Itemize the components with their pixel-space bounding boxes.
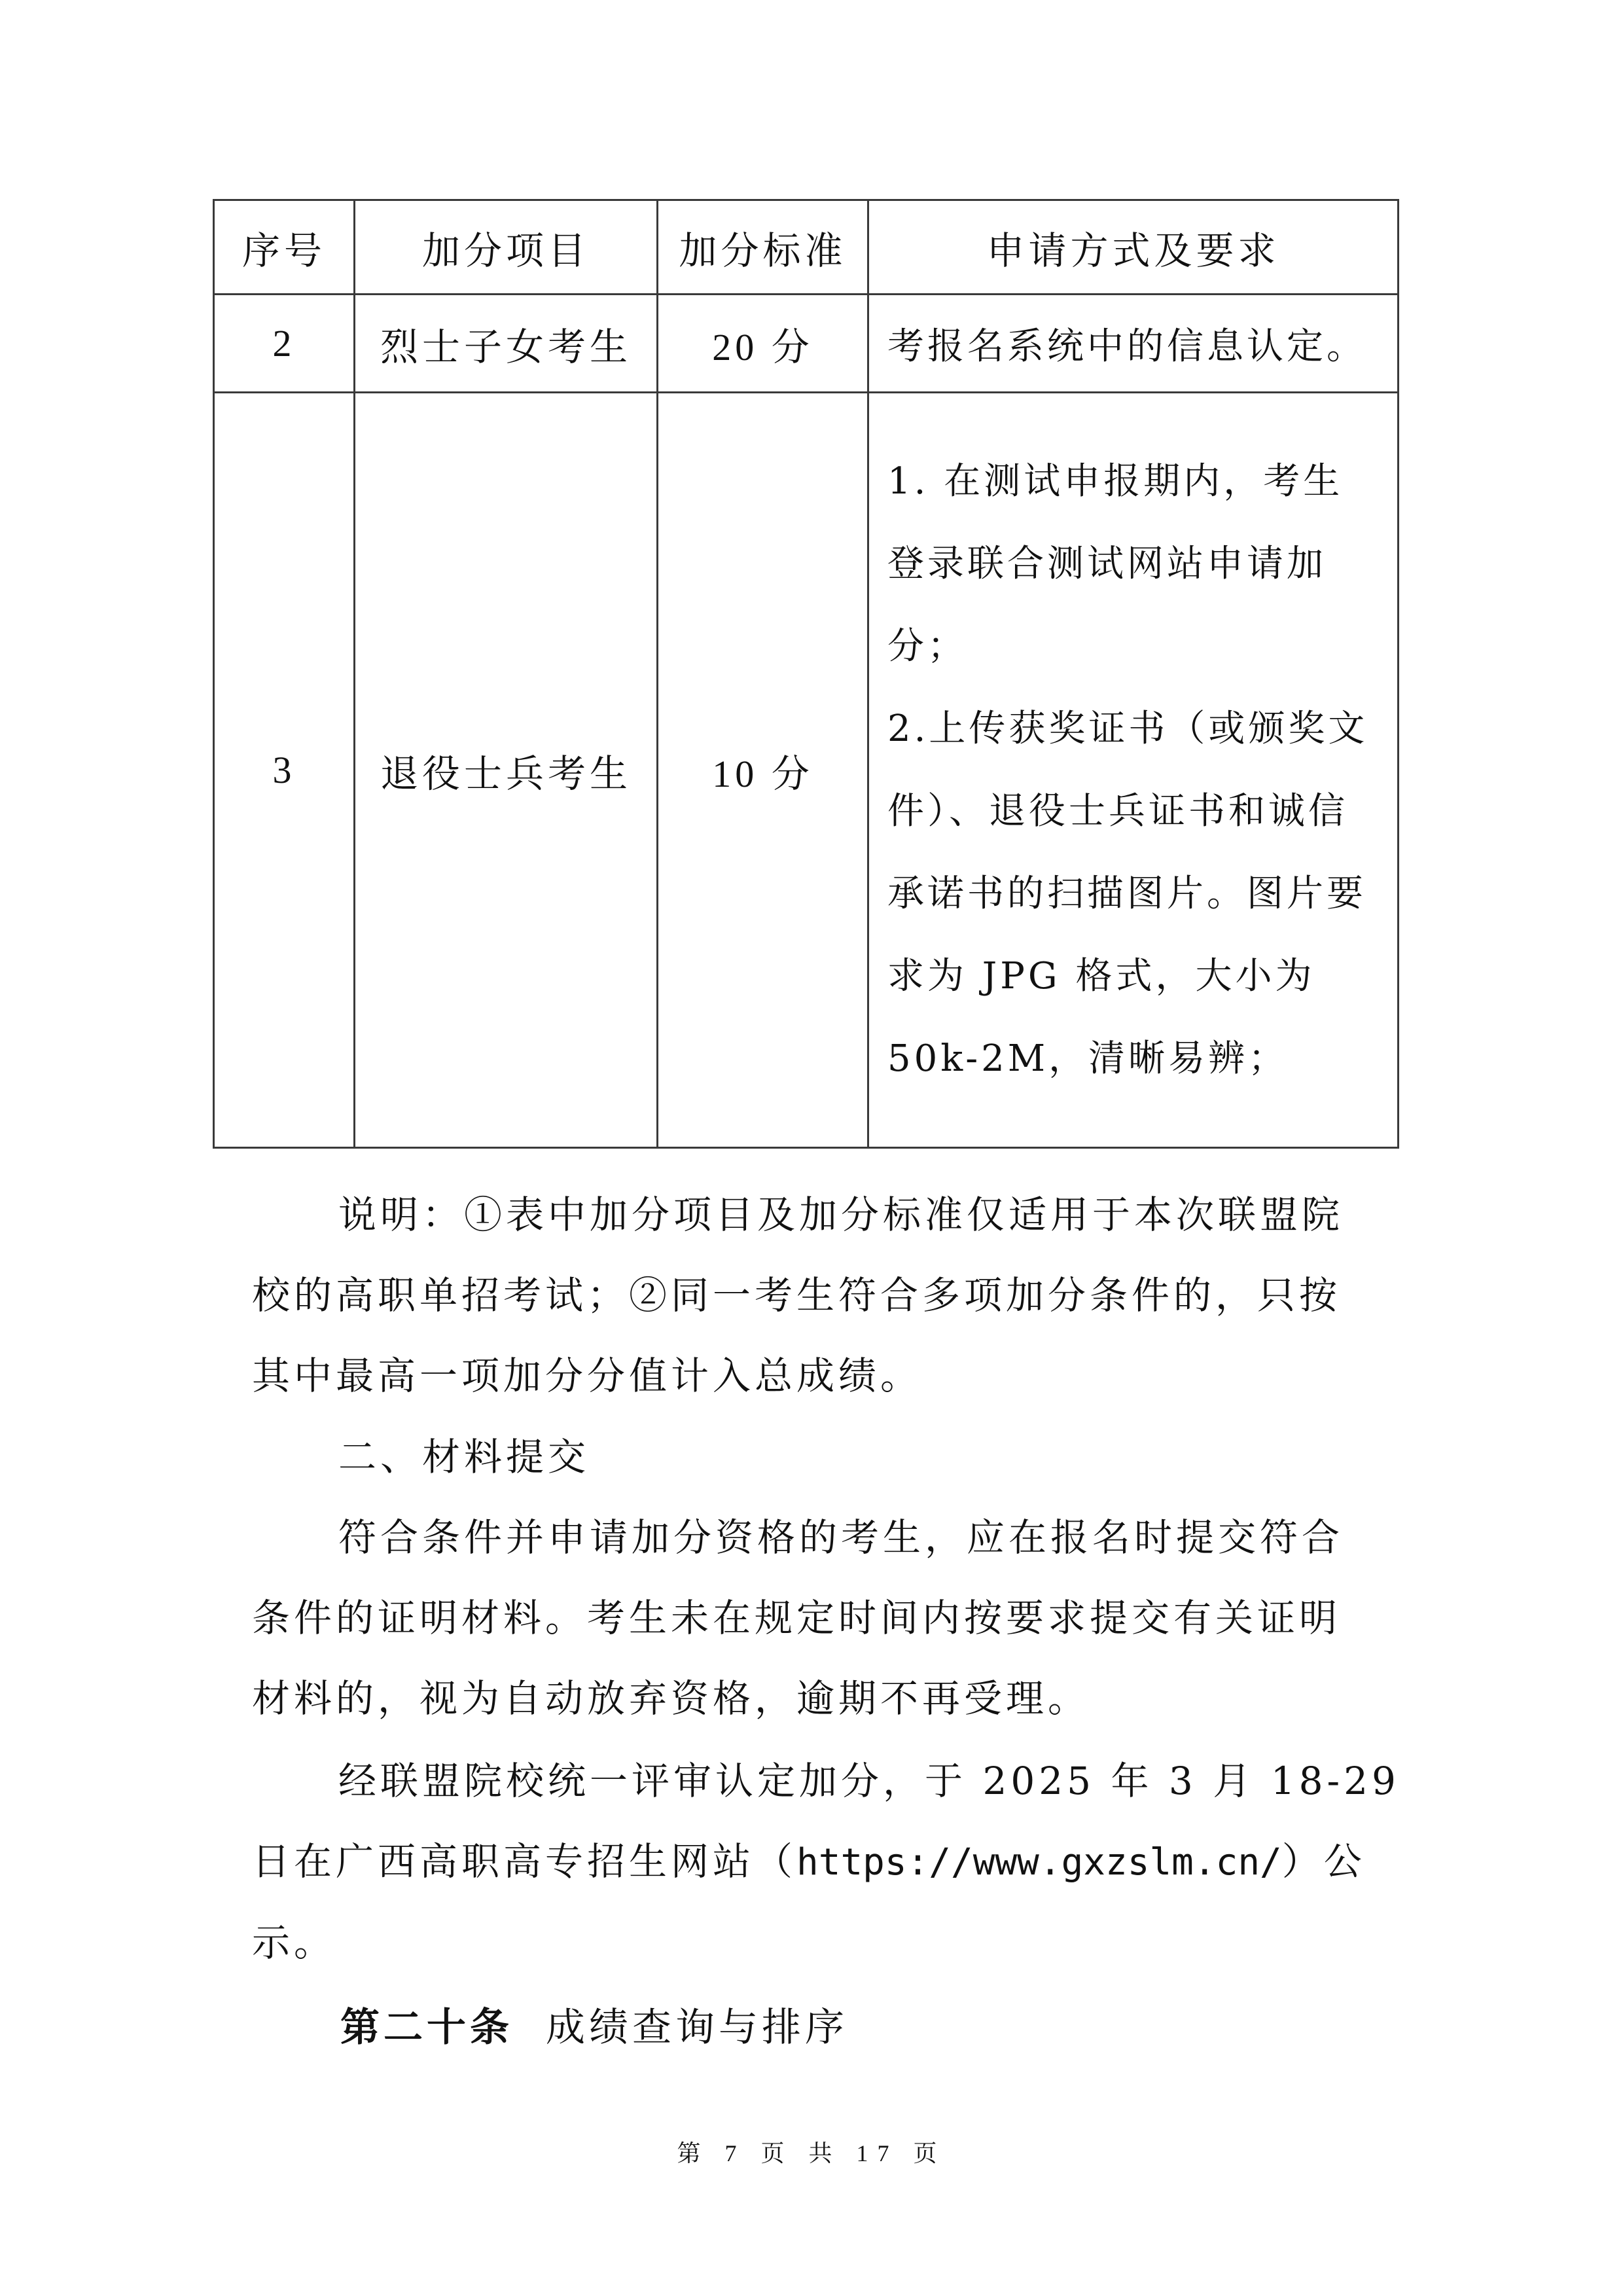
article-heading: 第二十条成绩查询与排序 xyxy=(340,1996,848,2053)
bonus-points-table: 序号 加分项目 加分标准 申请方式及要求 2 烈士子女考生 20 分 考报名系统… xyxy=(213,199,1399,1149)
table-header-row: 序号 加分项目 加分标准 申请方式及要求 xyxy=(214,200,1399,295)
row-index: 3 xyxy=(214,393,355,1148)
header-bonus-item: 加分项目 xyxy=(355,200,658,295)
requirements-line: 件）、退役士兵证书和诚信 xyxy=(887,770,1384,853)
article-number: 第二十条 xyxy=(340,2005,513,2051)
paragraph-line: 经联盟院校统一评审认定加分，于 2025 年 3 月 18-29 xyxy=(252,1741,1404,1821)
row-bonus-item: 退役士兵考生 xyxy=(355,393,658,1148)
row-requirements: 1. 在测试申报期内，考生 登录联合测试网站申请加 分； 2.上传获奖证书（或颁… xyxy=(868,393,1399,1148)
requirements-line: 1. 在测试申报期内，考生 xyxy=(887,440,1384,523)
paragraph-line: 日在广西高职高专招生网站（https://www.gxzslm.cn/）公 xyxy=(252,1821,1404,1903)
note-line: 校的高职单招考试；②同一考生符合多项加分条件的，只按 xyxy=(252,1255,1404,1336)
paragraph-line: 条件的证明材料。考生未在规定时间内按要求提交有关证明 xyxy=(252,1578,1404,1659)
row-bonus-standard: 20 分 xyxy=(658,295,868,393)
header-index: 序号 xyxy=(214,200,355,295)
publication-paragraph: 经联盟院校统一评审认定加分，于 2025 年 3 月 18-29 日在广西高职高… xyxy=(252,1741,1404,1983)
article-title: 成绩查询与排序 xyxy=(546,2005,848,2051)
paragraph-line: 材料的，视为自动放弃资格，逾期不再受理。 xyxy=(252,1659,1404,1739)
table-note: 说明：①表中加分项目及加分标准仅适用于本次联盟院 校的高职单招考试；②同一考生符… xyxy=(252,1175,1404,1416)
requirements-line: 2.上传获奖证书（或颁奖文 xyxy=(887,688,1384,770)
table-row: 2 烈士子女考生 20 分 考报名系统中的信息认定。 xyxy=(214,295,1399,393)
header-application-requirements: 申请方式及要求 xyxy=(868,200,1399,295)
website-url-link[interactable]: https://www.gxzslm.cn/ xyxy=(796,1841,1282,1884)
requirements-line: 50k-2M，清晰易辨； xyxy=(887,1018,1384,1100)
requirements-line: 登录联合测试网站申请加 xyxy=(887,523,1384,605)
section-heading: 二、材料提交 xyxy=(252,1417,1404,1498)
paragraph-line: 示。 xyxy=(252,1903,1404,1983)
requirements-line: 承诺书的扫描图片。图片要 xyxy=(887,853,1384,935)
row-bonus-item: 烈士子女考生 xyxy=(355,295,658,393)
header-bonus-standard: 加分标准 xyxy=(658,200,868,295)
section-two: 二、材料提交 符合条件并申请加分资格的考生，应在报名时提交符合 条件的证明材料。… xyxy=(252,1417,1404,1739)
paragraph-line: 符合条件并申请加分资格的考生，应在报名时提交符合 xyxy=(252,1498,1404,1578)
requirements-line: 分； xyxy=(887,605,1384,688)
page-number-footer: 第 7 页 共 17 页 xyxy=(0,2135,1623,2168)
note-line: 说明：①表中加分项目及加分标准仅适用于本次联盟院 xyxy=(252,1175,1404,1255)
paragraph-text: 日在广西高职高专招生网站（ xyxy=(252,1839,796,1884)
table-row: 3 退役士兵考生 10 分 1. 在测试申报期内，考生 登录联合测试网站申请加 … xyxy=(214,393,1399,1148)
row-bonus-standard: 10 分 xyxy=(658,393,868,1148)
row-requirements: 考报名系统中的信息认定。 xyxy=(868,295,1399,393)
note-line: 其中最高一项加分分值计入总成绩。 xyxy=(252,1336,1404,1416)
row-index: 2 xyxy=(214,295,355,393)
document-page: 序号 加分项目 加分标准 申请方式及要求 2 烈士子女考生 20 分 考报名系统… xyxy=(0,0,1623,2296)
requirements-line: 求为 JPG 格式，大小为 xyxy=(887,935,1384,1018)
requirements-line: 考报名系统中的信息认定。 xyxy=(887,317,1397,370)
paragraph-text: ）公 xyxy=(1282,1839,1366,1884)
